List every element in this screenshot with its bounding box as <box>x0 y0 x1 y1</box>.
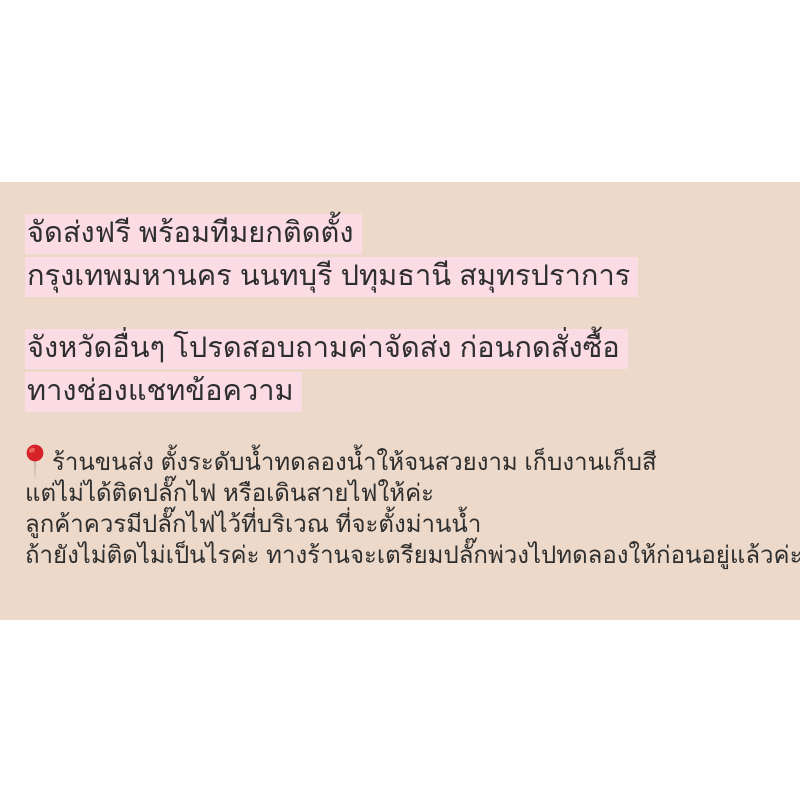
note-line-1: ร้านขนส่ง ตั้งระดับน้ำทดลองน้ำให้จนสวยงา… <box>52 447 657 478</box>
round-pushpin-icon <box>25 444 45 480</box>
note-line-4: ถ้ายังไม่ติดไม่เป็นไรค่ะ ทางร้านจะเตรียม… <box>25 540 800 571</box>
note-line-2: แต่ไม่ได้ติดปลั๊กไฟ หรือเดินสายไฟให้ค่ะ <box>25 478 800 509</box>
free-delivery-block: จัดส่งฟรี พร้อมทีมยกติดตั้ง กรุงเทพมหานค… <box>25 214 638 300</box>
free-delivery-line-1: จัดส่งฟรี พร้อมทีมยกติดตั้ง <box>25 214 362 254</box>
other-provinces-line-1: จังหวัดอื่นๆ โปรดสอบถามค่าจัดส่ง ก่อนกดส… <box>25 329 628 369</box>
other-provinces-block: จังหวัดอื่นๆ โปรดสอบถามค่าจัดส่ง ก่อนกดส… <box>25 329 628 415</box>
installation-note-block: ร้านขนส่ง ตั้งระดับน้ำทดลองน้ำให้จนสวยงา… <box>25 442 800 571</box>
free-delivery-line-2: กรุงเทพมหานคร นนทบุรี ปทุมธานี สมุทรปราก… <box>25 257 638 297</box>
other-provinces-line-2: ทางช่องแชทข้อความ <box>25 372 302 412</box>
notice-panel: จัดส่งฟรี พร้อมทีมยกติดตั้ง กรุงเทพมหานค… <box>0 182 800 620</box>
note-line-3: ลูกค้าควรมีปลั๊กไฟไว้ที่บริเวณ ที่จะตั้ง… <box>25 509 800 540</box>
shipping-notice-image: จัดส่งฟรี พร้อมทีมยกติดตั้ง กรุงเทพมหานค… <box>0 0 800 800</box>
note-line-1-row: ร้านขนส่ง ตั้งระดับน้ำทดลองน้ำให้จนสวยงา… <box>25 442 800 478</box>
